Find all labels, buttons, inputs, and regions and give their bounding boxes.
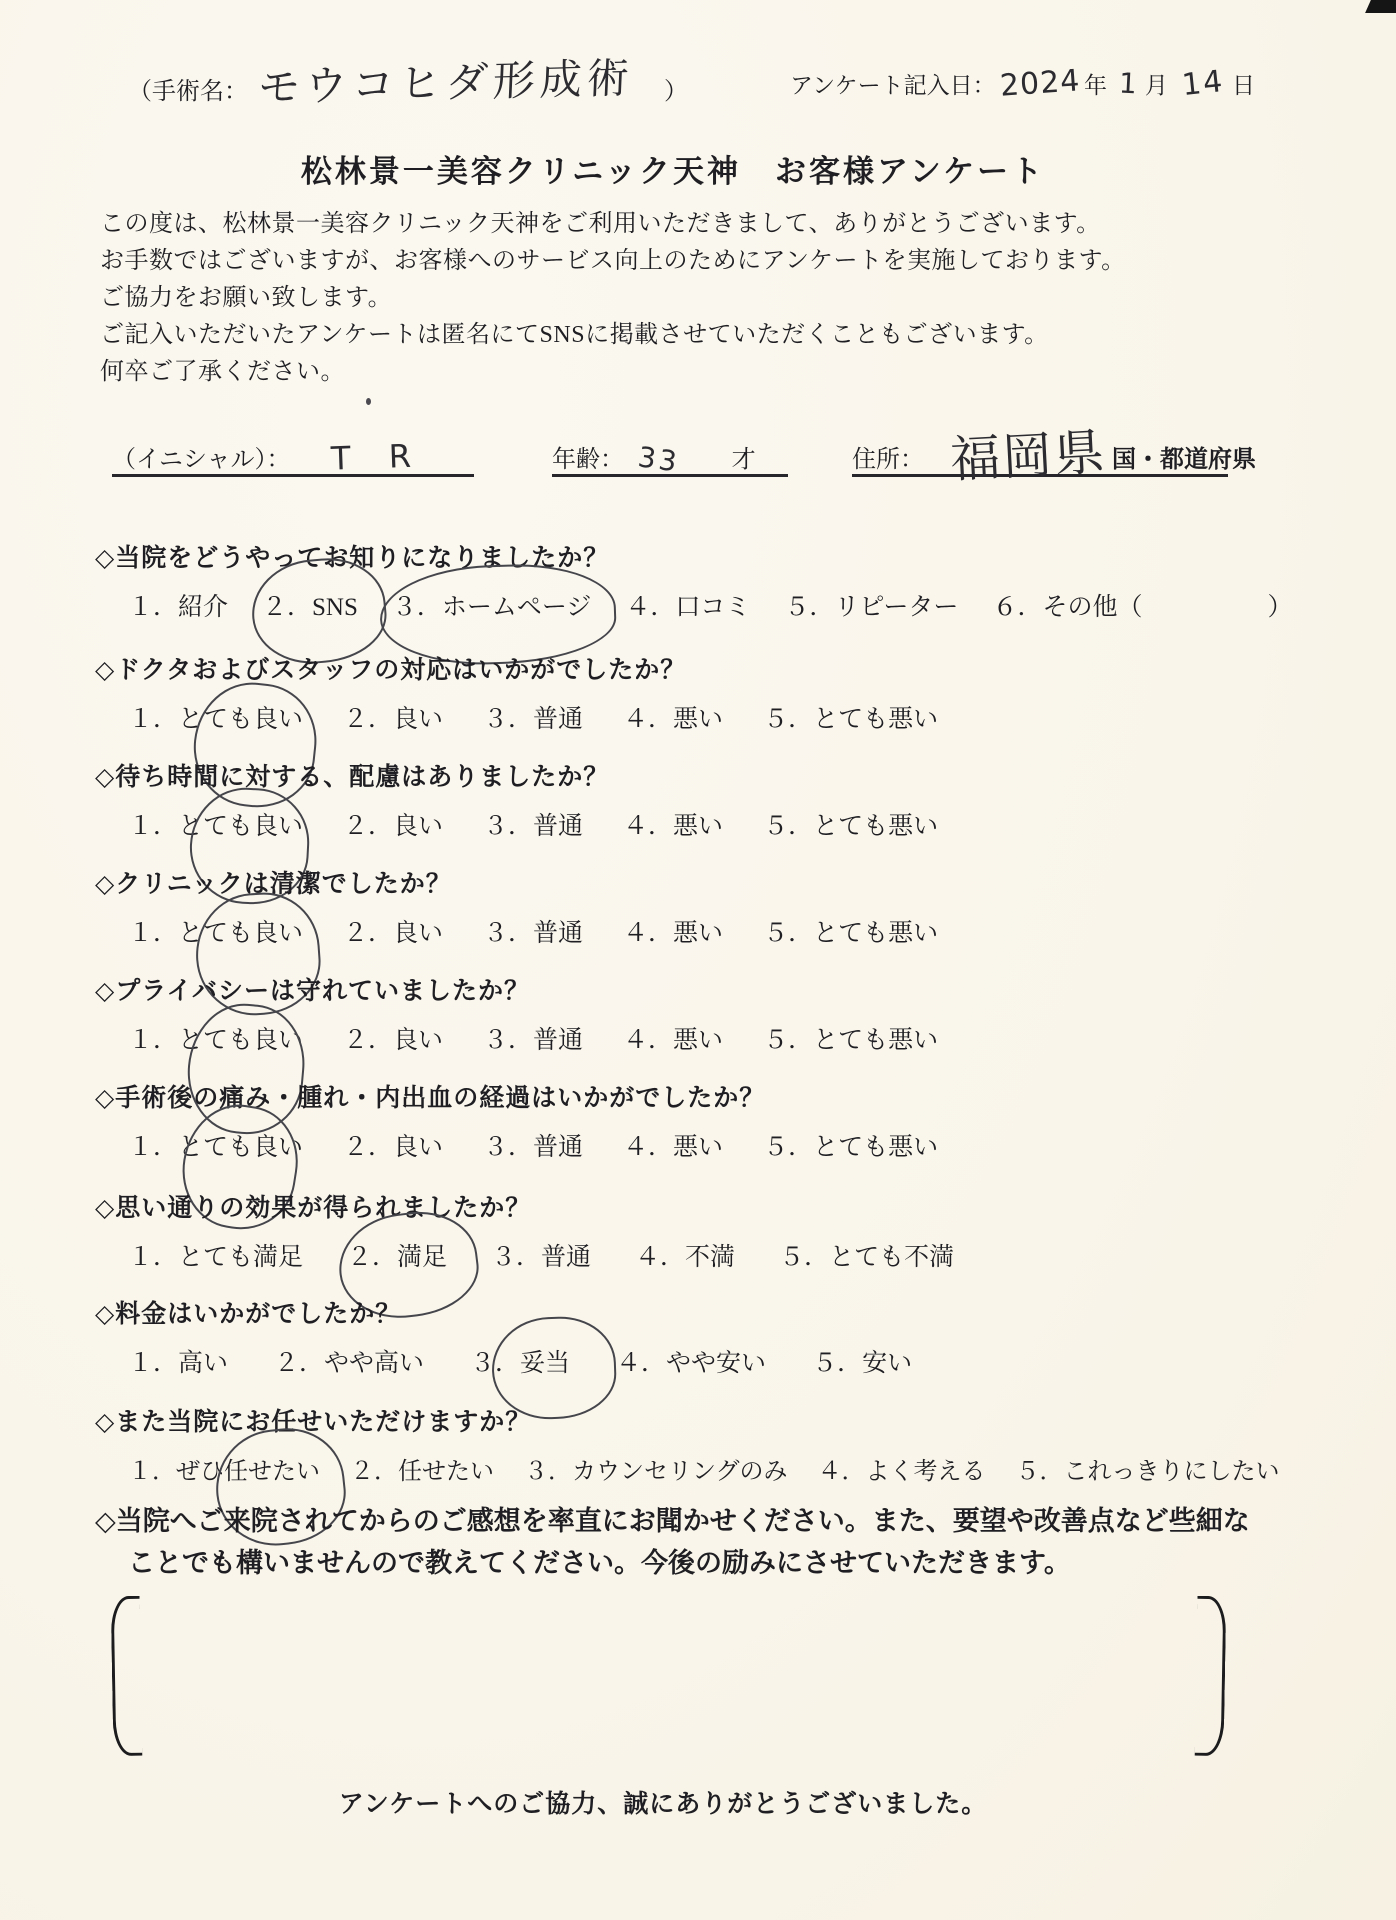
option-label: １．ぜひ任せたい bbox=[128, 1459, 320, 1485]
question-options: １．とても良い ２．良い ３．普通 ４．悪い ５．とても悪い bbox=[95, 1127, 1356, 1163]
option: ５．とても悪い bbox=[763, 699, 938, 735]
scan-corner-artifact bbox=[1365, 0, 1396, 13]
option-label: ３．ホームページ bbox=[392, 594, 592, 621]
question-privacy: ◇プライバシーは守れていましたか？ １．とても良い ２．良い ３．普通 ４．悪い… bbox=[95, 971, 1356, 1056]
option: ３．普通 bbox=[483, 1127, 583, 1163]
intro-line: この度は、松林景一美容クリニック天神をご利用いただきまして、ありがとうございます… bbox=[100, 206, 1126, 243]
date-year-unit: 年 bbox=[1084, 67, 1107, 100]
surgery-label-suffix: ） bbox=[664, 71, 688, 106]
question-desired-effect: ◇思い通りの効果が得られましたか？ １．とても満足 ２．満足 ３．普通 ４．不満… bbox=[95, 1188, 1356, 1273]
question-referral-source: ◇当院をどうやってお知りになりましたか？ １．紹介 ２．SNS ３．ホームページ… bbox=[95, 538, 1356, 623]
option-selected: ３．妥当 bbox=[470, 1343, 570, 1379]
initial-label: （イニシャル）： bbox=[112, 439, 291, 474]
option: ２．良い bbox=[343, 699, 443, 735]
date-label: アンケート記入日： bbox=[790, 67, 996, 100]
question-wait-time: ◇待ち時間に対する、配慮はありましたか？ １．とても良い ２．良い ３．普通 ４… bbox=[95, 757, 1356, 842]
question-title: ◇ドクタおよびスタッフの対応はいかがでしたか？ bbox=[95, 650, 1356, 686]
surgery-name-line: （手術名： モウコヒダ形成術 ） bbox=[128, 58, 688, 118]
date-month-unit: 月 bbox=[1145, 67, 1168, 100]
option-label: １．とても良い bbox=[128, 706, 303, 733]
question-staff-response: ◇ドクタおよびスタッフの対応はいかがでしたか？ １．とても良い ２．良い ３．普… bbox=[95, 650, 1356, 735]
question-title: ◇思い通りの効果が得られましたか？ bbox=[95, 1188, 1356, 1224]
question-title: ◇待ち時間に対する、配慮はありましたか？ bbox=[95, 757, 1356, 793]
option: ４．悪い bbox=[623, 699, 723, 735]
question-options: １．高い ２．やや高い ３．妥当 ４．やや安い ５．安い bbox=[95, 1343, 1356, 1379]
scanned-survey-page: （手術名： モウコヒダ形成術 ） アンケート記入日： 2024 年 1 月 14… bbox=[0, 0, 1396, 1920]
option: １．とても満足 bbox=[128, 1237, 303, 1273]
option: ５．とても悪い bbox=[763, 913, 938, 949]
question-title: ◇プライバシーは守れていましたか？ bbox=[95, 971, 1356, 1007]
option: ６．その他（ ） bbox=[992, 587, 1292, 623]
option-label: １．とても良い bbox=[128, 920, 303, 947]
question-options: １．とても満足 ２．満足 ３．普通 ４．不満 ５．とても不満 bbox=[95, 1237, 1356, 1273]
option-label: １．とても良い bbox=[128, 1134, 303, 1161]
free-comment-prompt: ◇当院へご来院されてからのご感想を率直にお聞かせください。また、要望や改善点など… bbox=[95, 1500, 1250, 1584]
option-label: １．とても良い bbox=[128, 1027, 303, 1054]
option: １．高い bbox=[128, 1343, 228, 1379]
option: ４．よく考える bbox=[818, 1451, 986, 1486]
option-selected: ２．満足 bbox=[347, 1237, 447, 1273]
option: ５．とても悪い bbox=[763, 1020, 938, 1056]
option: ２．良い bbox=[343, 1127, 443, 1163]
age-unit: 才 bbox=[732, 439, 756, 474]
prompt-line: ◇当院へご来院されてからのご感想を率直にお聞かせください。また、要望や改善点など… bbox=[95, 1500, 1250, 1542]
option: ４．不満 bbox=[635, 1237, 735, 1273]
option-selected: １．とても良い bbox=[128, 806, 303, 842]
question-title: ◇料金はいかがでしたか？ bbox=[95, 1294, 1356, 1330]
date-day-handwritten: 14 bbox=[1180, 64, 1226, 103]
option-label: １．とても良い bbox=[128, 813, 303, 840]
survey-date-line: アンケート記入日： 2024 年 1 月 14 日 bbox=[790, 66, 1255, 101]
option: ５．とても悪い bbox=[763, 1127, 938, 1163]
address-handwritten: 福岡県 bbox=[948, 412, 1108, 492]
question-title: ◇クリニックは清潔でしたか？ bbox=[95, 864, 1356, 900]
option: ３．普通 bbox=[483, 699, 583, 735]
option: ２．やや高い bbox=[274, 1343, 424, 1379]
option: ３．普通 bbox=[491, 1237, 591, 1273]
address-note: 国・都道府県 bbox=[1112, 439, 1256, 474]
question-options: １．とても良い ２．良い ３．普通 ４．悪い ５．とても悪い bbox=[95, 699, 1356, 735]
option-label: ２．SNS bbox=[262, 594, 358, 621]
age-handwritten: 33 bbox=[636, 440, 682, 478]
option: ４．口コミ bbox=[625, 587, 750, 623]
option: ３．カウンセリングのみ bbox=[524, 1451, 788, 1486]
question-post-surgery-course: ◇手術後の痛み・腫れ・内出血の経過はいかがでしたか？ １．とても良い ２．良い … bbox=[95, 1078, 1356, 1163]
free-comment-answer bbox=[140, 1600, 1194, 1746]
age-label: 年齢： bbox=[552, 439, 624, 474]
option: ５．とても不満 bbox=[779, 1237, 954, 1273]
option: ２．良い bbox=[343, 1020, 443, 1056]
option-selected: １．とても良い bbox=[128, 1020, 303, 1056]
intro-line: お手数ではございますが、お客様へのサービス向上のためにアンケートを実施しておりま… bbox=[100, 243, 1126, 280]
address-label: 住所： bbox=[852, 439, 924, 474]
comment-bracket-right bbox=[1195, 1596, 1227, 1756]
option: ４．悪い bbox=[623, 913, 723, 949]
question-cleanliness: ◇クリニックは清潔でしたか？ １．とても良い ２．良い ３．普通 ４．悪い ５．… bbox=[95, 864, 1356, 949]
option: ３．普通 bbox=[483, 913, 583, 949]
option: ３．普通 bbox=[483, 1020, 583, 1056]
option-selected: １．とても良い bbox=[128, 913, 303, 949]
option: ５．これっきりにしたい bbox=[1016, 1451, 1280, 1486]
option: １．紹介 bbox=[128, 587, 228, 623]
option-selected: ３．ホームページ bbox=[392, 587, 592, 623]
option-selected: １．とても良い bbox=[128, 1127, 303, 1163]
option: ２．良い bbox=[343, 913, 443, 949]
age-field: 年齢： 33 才 bbox=[552, 428, 788, 477]
question-price: ◇料金はいかがでしたか？ １．高い ２．やや高い ３．妥当 ４．やや安い ５．安… bbox=[95, 1294, 1356, 1379]
question-entrust-again: ◇また当院にお任せいただけますか？ １．ぜひ任せたい ２．任せたい ３．カウンセ… bbox=[95, 1402, 1356, 1486]
date-month-handwritten: 1 bbox=[1118, 67, 1138, 101]
thank-you-footer: アンケートへのご協力、誠にありがとうございました。 bbox=[0, 1784, 1361, 1820]
initial-field: （イニシャル）： T R bbox=[112, 428, 474, 477]
initial-handwritten: T R bbox=[330, 436, 425, 477]
option-selected: １．ぜひ任せたい bbox=[128, 1451, 320, 1486]
question-options: １．紹介 ２．SNS ３．ホームページ ４．口コミ ５．リピーター ６．その他（… bbox=[95, 587, 1356, 623]
intro-line: 何卒ご了承ください。 bbox=[100, 354, 1126, 391]
surgery-name-handwritten: モウコヒダ形成術 bbox=[257, 45, 636, 115]
intro-line: ご協力をお願い致します。 bbox=[100, 280, 1126, 317]
option: ５．とても悪い bbox=[763, 806, 938, 842]
intro-paragraph: この度は、松林景一美容クリニック天神をご利用いただきまして、ありがとうございます… bbox=[100, 206, 1126, 391]
page-title: 松林景一美容クリニック天神 お客様アンケート bbox=[0, 146, 1371, 191]
question-title: ◇手術後の痛み・腫れ・内出血の経過はいかがでしたか？ bbox=[95, 1078, 1356, 1114]
comment-bracket-left bbox=[111, 1596, 143, 1756]
intro-line: ご記入いただいたアンケートは匿名にてSNSに掲載させていただくこともございます。 bbox=[100, 317, 1126, 354]
question-options: １．とても良い ２．良い ３．普通 ４．悪い ５．とても悪い bbox=[95, 806, 1356, 842]
option-label: ２．満足 bbox=[347, 1244, 447, 1271]
option: ２．良い bbox=[343, 806, 443, 842]
option-selected: ２．SNS bbox=[262, 587, 358, 623]
option: ４．やや安い bbox=[616, 1343, 766, 1379]
date-day-unit: 日 bbox=[1232, 67, 1255, 100]
option-label: ３．妥当 bbox=[470, 1350, 570, 1377]
option: ５．リピーター bbox=[784, 587, 958, 623]
option: ４．悪い bbox=[623, 1020, 723, 1056]
option: ２．任せたい bbox=[350, 1451, 494, 1486]
scan-dot-artifact bbox=[366, 398, 371, 405]
surgery-label-prefix: （手術名： bbox=[128, 71, 248, 106]
question-options: １．とても良い ２．良い ３．普通 ４．悪い ５．とても悪い bbox=[95, 1020, 1356, 1056]
option: ４．悪い bbox=[623, 1127, 723, 1163]
prompt-line: ことでも構いませんので教えてください。今後の励みにさせていただきます。 bbox=[95, 1542, 1250, 1584]
question-options: １．ぜひ任せたい ２．任せたい ３．カウンセリングのみ ４．よく考える ５．これ… bbox=[95, 1451, 1356, 1486]
option: ４．悪い bbox=[623, 806, 723, 842]
option-selected: １．とても良い bbox=[128, 699, 303, 735]
question-title: ◇また当院にお任せいただけますか？ bbox=[95, 1402, 1356, 1438]
option: ３．普通 bbox=[483, 806, 583, 842]
question-title: ◇当院をどうやってお知りになりましたか？ bbox=[95, 538, 1356, 574]
question-options: １．とても良い ２．良い ３．普通 ４．悪い ５．とても悪い bbox=[95, 913, 1356, 949]
date-year-handwritten: 2024 bbox=[999, 63, 1082, 104]
address-field: 住所： 福岡県 国・都道府県 bbox=[852, 428, 1228, 477]
option: ５．安い bbox=[812, 1343, 912, 1379]
respondent-profile-row: （イニシャル）： T R 年齢： 33 才 住所： 福岡県 国・都道府県 bbox=[0, 428, 1396, 488]
